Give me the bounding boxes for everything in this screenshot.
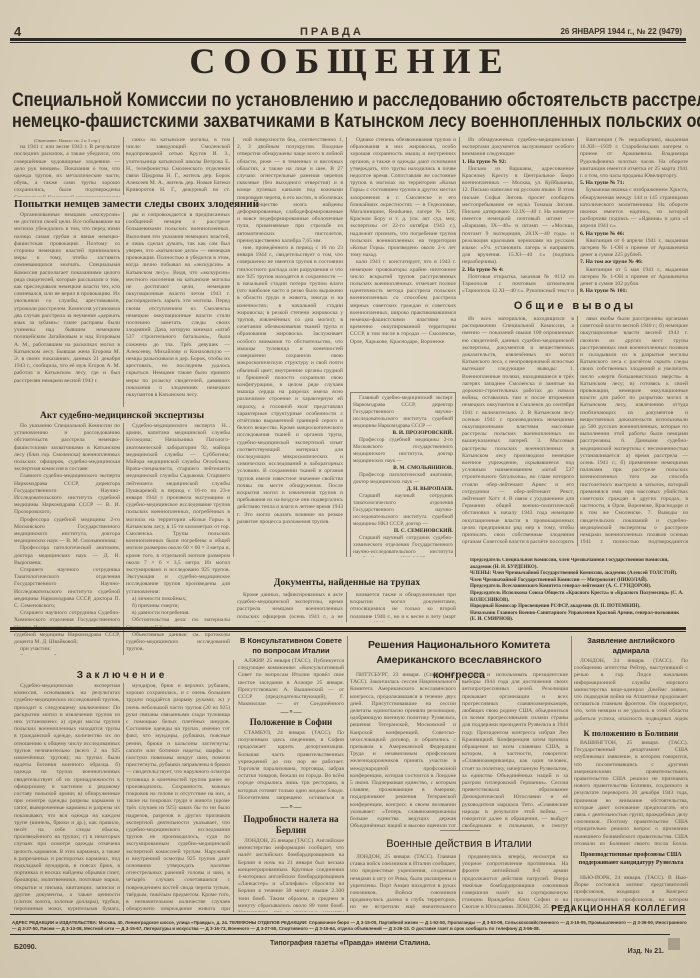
subheadline-line-2: немецко-фашистскими захватчиками в Катын… [12, 111, 593, 133]
news-heading-sofia: Положение в Софии [238, 717, 344, 727]
conclusion-col-2: мундиров, брюк и верхних рубашек, хорошо… [126, 683, 230, 911]
signature-title: Профессор судебной медицины 2-го Московс… [353, 437, 453, 465]
signature-name: Д. Н. ВЫРОПАЕВ. [353, 486, 453, 493]
column-rule [123, 423, 124, 655]
act-col-2: Судебно-медицинского эксперта Н... армии… [126, 423, 230, 655]
article-text: Судебно-медицинская экспертная комиссия,… [14, 683, 120, 911]
column-rule [577, 316, 578, 546]
column-rule [123, 212, 124, 407]
page-number: 4 [14, 24, 21, 39]
commission-block: Председатель Специальной Комиссии, член … [470, 558, 686, 622]
article-text: США и использовать президентские выборы … [462, 672, 568, 830]
commission-line: Начальник Главного Военно-Санитарного Уп… [470, 611, 686, 622]
subheadline-line-1: Специальной Комиссии по установлению и р… [12, 90, 593, 112]
footer-rule [10, 914, 686, 915]
editorial-board: РЕДАКЦИОННАЯ КОЛЛЕГИЯ [551, 904, 686, 913]
documents-col-2: вливается также и обнаруженными при вскр… [350, 592, 456, 622]
article-text: сиях» на катынские могилы, в том числе: … [126, 137, 230, 195]
article-text: ляки якобы были расстреляны органами сов… [580, 316, 688, 546]
commission-line: Народный Комиссар Просвещения РСФСР, ака… [470, 604, 686, 611]
signature-box: Главный судебно-медицинский эксперт Нарк… [350, 392, 456, 557]
section-heading-documents: Документы, найденные на трупах [237, 578, 457, 588]
commission-line: Член Чрезвычайной Государственной Комисс… [470, 578, 686, 585]
found-label: 6. На трупе № 46: [580, 231, 688, 238]
column-rule [459, 854, 460, 912]
intro-col-1: (Окончание. Начало см. 2 и 3 стр.) на 19… [14, 137, 120, 197]
article-text: ЛОНДОН, 25 января. (ТАСС). Главная ставк… [350, 854, 456, 912]
found-text: Квитанция от 5 мая 1941 г., выданная лаг… [580, 267, 688, 289]
expert-entry: Профессора судебной медицины 2-го Москов… [14, 517, 120, 546]
signature-title: Профессор патологической анатомии, докто… [353, 472, 453, 486]
paper-name: ПРАВДА [300, 26, 364, 38]
signature-title: Старший научный сотрудник танатологическ… [353, 493, 453, 528]
issue-date: 26 ЯНВАРЯ 1944 г., № 22 (9479) [560, 27, 682, 36]
signature-title: Главный судебно-медицинский эксперт Нарк… [353, 395, 453, 430]
section-heading-act: Акт судебно-медицинской экспертизы [14, 411, 230, 421]
news-berlin: ЛОНДОН, 25 января (ТАСС). Английское мин… [238, 838, 344, 912]
article-text: ной поверхности бед, соответственно 1, 2… [237, 137, 343, 245]
column-rule [577, 137, 578, 295]
continuation-note: (Окончание. Начало см. 2 и 3 стр.) [14, 137, 120, 144]
article-text: Судебно-медицинского эксперта Н... армии… [126, 423, 230, 596]
section-divider-thin [10, 631, 686, 632]
footer-rule-bottom [10, 934, 670, 935]
ornament-divider: —∘— [238, 802, 344, 811]
news-italy-war-col-1: ЛОНДОН, 25 января. (ТАСС). Главная ставк… [350, 854, 456, 912]
expert-entry: Профессора патологической анатомии, докт… [14, 545, 120, 567]
section-heading-general: Общие выводы [462, 300, 688, 312]
signature-name: В. М. СМОЛЬЯНИНОВ. [353, 465, 453, 472]
news-unions: НЬЮ-ЙОРК, 24 января. (ТАСС). В Нью-Йорке… [574, 875, 688, 905]
found-list-col-1: Из обнаруженных судебно-медицинскими экс… [462, 137, 574, 295]
printing-house: Типография газеты «Правда» имени Сталина… [270, 940, 430, 947]
found-label: 2. На трупе № 4: [462, 267, 574, 274]
column-rule [233, 660, 234, 912]
attempts-col-1: Организованные немцами «экскурсии» не до… [14, 212, 120, 407]
article-text: АЛЖИР, 25 января (ТАСС). Публикуется сле… [238, 658, 344, 706]
news-heading-unions: Производственные профсоюзы США поддержив… [574, 852, 688, 867]
column-rule [459, 672, 460, 830]
article-text: Однако степень обезвоживания трупов и об… [350, 137, 456, 259]
section-heading-attempts: Попытки немцев замести следы своих злоде… [14, 198, 230, 210]
article-text: Кроме данных, зафиксированных в акте суд… [237, 592, 343, 622]
act-col-1: По указанию Специальной Комиссии по уста… [14, 423, 120, 655]
found-label: 8. На трупе № 101: [580, 288, 688, 295]
newspaper-page: 4 ПРАВДА 26 ЯНВАРЯ 1944 г., № 22 (9479) … [0, 0, 700, 978]
article-text: ЛОНДОН, 25 января (ТАСС). Английское мин… [238, 838, 344, 912]
commission-line: Председатель Специальной Комиссии, член … [470, 558, 686, 571]
found-text: Бумажная иконка с изображением Христа, о… [580, 187, 688, 230]
found-text: Квитанция от 6 апреля 1941 г., выданная … [580, 238, 688, 260]
article-text: НЬЮ-ЙОРК, 24 января. (ТАСС). В Нью-Йорке… [574, 875, 688, 905]
short-rule [440, 830, 480, 831]
news-heading-berlin: Подробности налета на Берлин [238, 814, 344, 836]
expert-entry: Главного судебно-медицинского эксперта Н… [14, 473, 120, 516]
column-rule [346, 592, 347, 622]
article-text: СТАМБУЛ, 24 января. (ТАСС). По полученны… [238, 730, 344, 800]
list-item: а) личности покойных; [126, 596, 230, 603]
article-text: мундиров, брюк и верхних рубашек, хорошо… [126, 683, 230, 911]
section-divider [10, 627, 686, 630]
main-headline: СООБЩЕНИЕ [0, 40, 700, 82]
section-heading-conclusion: Заключение [14, 670, 230, 681]
news-admiral: ЛОНДОН, 24 января. (ТАСС). По сообщению … [574, 658, 688, 724]
article-text: ние, проведённого в период с 16 по 23 ян… [237, 245, 343, 526]
column-rule [571, 636, 572, 912]
news-heading-bolivia: К положению в Боливии [574, 728, 688, 738]
footer-address: АДРЕС РЕДАКЦИИ и ИЗДАТЕЛЬСТВА: Москва, 4… [12, 920, 690, 932]
signature-name: П. С. СЕМЕНОВСКИЙ. [353, 528, 453, 535]
article-text: Из всех материалов, находящихся в распор… [462, 316, 574, 546]
article-text: вливается также и обнаруженными при вскр… [350, 592, 456, 622]
article-text: Объективные данные: см. протоколы судебн… [126, 632, 230, 654]
article-text: Организованные немцами «экскурсии» не до… [14, 212, 120, 385]
commission-line: Председатель Всеславянского Комитета ген… [470, 584, 686, 591]
issue-number: Изд. № 21. [628, 948, 664, 955]
news-slavic-col-2: США и использовать президентские выборы … [462, 672, 568, 830]
general-col-2: ляки якобы были расстреляны органами сов… [580, 316, 688, 546]
attempts-col-2: ры и сопровождается в предписанных сообщ… [126, 212, 230, 407]
ornament-divider: —∘— [238, 707, 344, 716]
column-rule [123, 137, 124, 195]
article-text: ПИТТСБУРГ, 23 января. (Спец. корр. ТАСС)… [350, 672, 456, 830]
conclusion-col-1: Судебно-медицинская экспертная комиссия,… [14, 683, 120, 911]
signature-name: В. И. ПРОЗОРОВСКИЙ. [353, 430, 453, 437]
news-slavic-col-1: ПИТТСБУРГ, 23 января. (Спец. корр. ТАСС)… [350, 672, 456, 830]
commission-line: Председатель Исполкома Союза Обществ «Кр… [470, 591, 686, 604]
news-heading-italy-council: В Консультативном Совете по вопросам Ита… [238, 636, 344, 656]
found-label: 1. На трупе № 92: [462, 159, 574, 166]
column-rule [459, 137, 460, 295]
expert-entry: при участии: [14, 646, 120, 653]
signatures-block: Главный судебно-медицинский эксперт Нарк… [350, 392, 456, 557]
article-text: ВАШИНГТОН, 25 января. (ТАСС). Государств… [574, 740, 688, 848]
article-text: Из обнаруженных судебно-медицинскими экс… [462, 137, 574, 159]
documents-col-1: Кроме данных, зафиксированных в акте суд… [237, 592, 343, 622]
expert-entry: Главного судебно-медицинского эксперта З… [14, 654, 120, 656]
news-sofia: СТАМБУЛ, 24 января. (ТАСС). По полученны… [238, 730, 344, 800]
corner-stamp [668, 938, 680, 950]
commission-line: ЧЛЕНЫ: Член Чрезвычайной Государственной… [470, 571, 686, 578]
expert-entry: Старшего научного сотрудника Танатологич… [14, 567, 120, 610]
column-rule [346, 137, 347, 557]
found-list-col-2: Квитанция (№ неразборчив), выданная 16.X… [580, 137, 688, 295]
column-rule [347, 636, 348, 912]
order-code: Б2090. [14, 944, 37, 951]
news-heading-admiral: Заявление английского адмирала [574, 636, 688, 656]
news-bolivia: ВАШИНГТОН, 25 января. (ТАСС). Государств… [574, 740, 688, 848]
article-text: на 1941 г. или весне 1943 г. В результат… [14, 144, 120, 197]
general-col-1: Из всех материалов, находящихся в распор… [462, 316, 574, 546]
signature-title: Старший научный сотрудник судебно-химиче… [353, 535, 453, 557]
news-italy-council: АЛЖИР, 25 января (ТАСС). Публикуется сле… [238, 658, 344, 706]
found-text: Почтовая открытка, заказная № 0112 из Та… [462, 274, 574, 295]
middle-col-b: Однако степень обезвоживания трупов и об… [350, 137, 456, 389]
column-rule [123, 683, 124, 911]
intro-col-2: сиях» на катынские могилы, в том числе: … [126, 137, 230, 195]
found-text: Квитанция (№ неразборчив), выданная 16.X… [580, 137, 688, 180]
article-text: ЛОНДОН, 24 января. (ТАСС). По сообщению … [574, 658, 688, 724]
found-label: 7. На том же трупе № 46: [580, 259, 688, 266]
middle-col-a: ной поверхности бед, соответственно 1, 2… [237, 137, 343, 557]
article-text: кали 1941 г. констатирует, что в 1943 г.… [350, 259, 456, 345]
article-text: ры и сопровождается в предписанных сообщ… [126, 212, 230, 399]
news-heading-italy-war: Военные действия в Италии [350, 838, 568, 850]
found-text: Письмо из Варшавы, адресованное Красному… [462, 166, 574, 267]
article-text: По указанию Специальной Комиссии по уста… [14, 423, 120, 473]
